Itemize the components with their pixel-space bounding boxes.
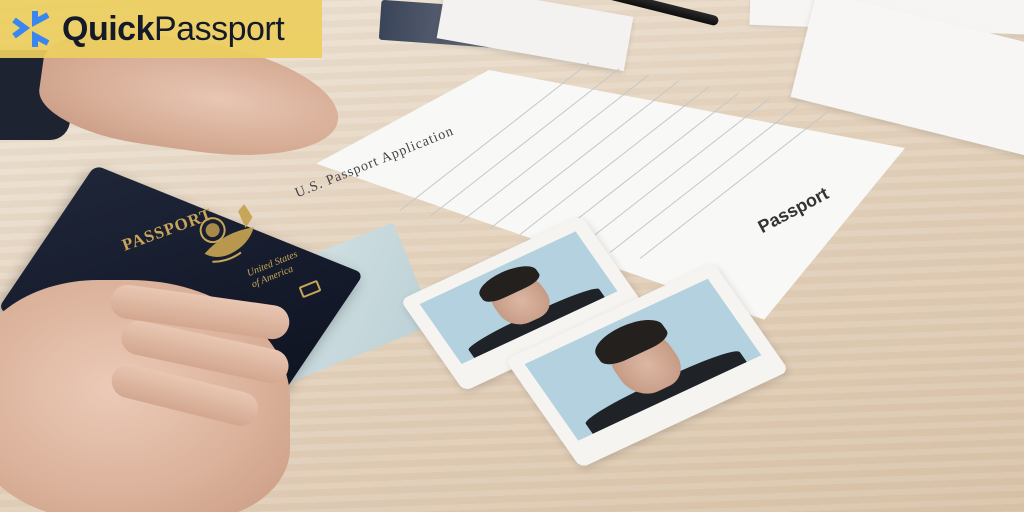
brand-name-regular: Passport bbox=[154, 10, 284, 48]
asterisk-burst-icon bbox=[10, 7, 54, 51]
brand-name-bold: Quick bbox=[62, 10, 154, 48]
photo-scene: U.S. Passport Application Passport PASSP… bbox=[0, 0, 1024, 512]
brand-logo[interactable]: QuickPassport bbox=[0, 0, 322, 58]
brand-name: QuickPassport bbox=[62, 10, 284, 49]
